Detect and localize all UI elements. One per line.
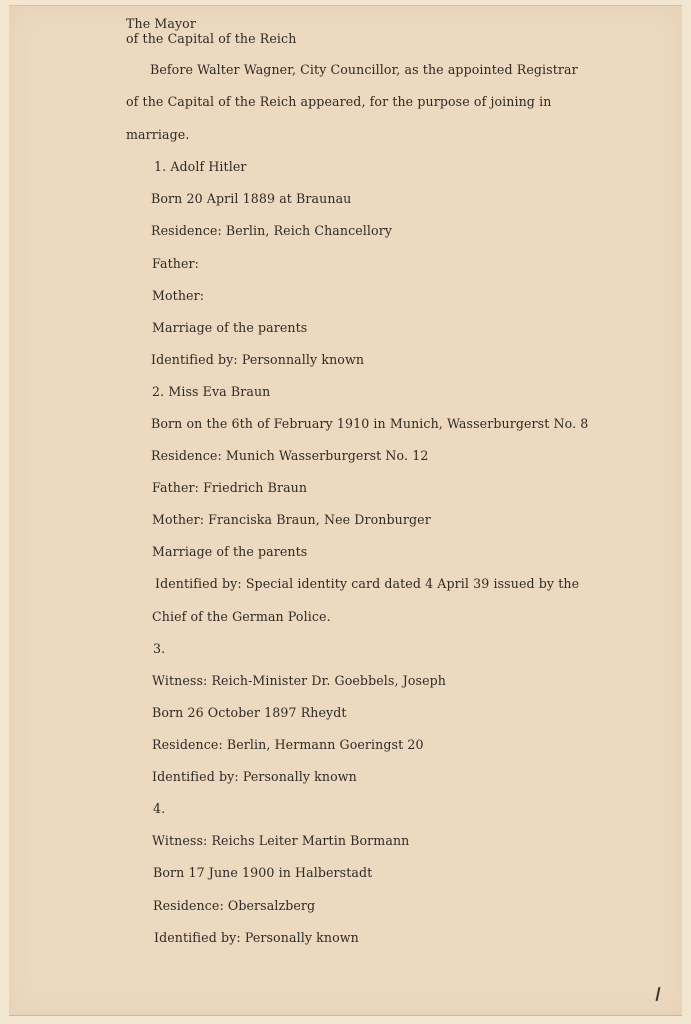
party2-identified-by-line-1: Identified by: Special identity card dat… — [155, 576, 579, 591]
party1-identified-by: Identified by: Personnally known — [151, 352, 364, 367]
header-line-2: of the Capital of the Reich — [126, 31, 296, 46]
party1-father: Father: — [152, 256, 199, 271]
witness1-born: Born 26 October 1897 Rheydt — [152, 705, 347, 720]
party2-heading: 2. Miss Eva Braun — [152, 384, 270, 399]
party2-residence: Residence: Munich Wasserburgerst No. 12 — [151, 448, 428, 463]
party2-father: Father: Friedrich Braun — [152, 480, 307, 495]
party1-born: Born 20 April 1889 at Braunau — [151, 191, 351, 206]
intro-line-3: marriage. — [126, 127, 189, 142]
witness2-identified-by: Identified by: Personally known — [154, 930, 359, 945]
witness1-number: 3. — [153, 641, 165, 656]
party1-heading: 1. Adolf Hitler — [154, 159, 247, 174]
witness2-name: Witness: Reichs Leiter Martin Bormann — [152, 833, 409, 848]
witness2-born: Born 17 June 1900 in Halberstadt — [153, 865, 372, 880]
party1-marriage-of-parents: Marriage of the parents — [152, 320, 307, 335]
witness1-name: Witness: Reich-Minister Dr. Goebbels, Jo… — [152, 673, 446, 688]
party2-mother: Mother: Franciska Braun, Nee Dronburger — [152, 512, 431, 527]
header-line-1: The Mayor — [126, 16, 196, 31]
intro-line-2: of the Capital of the Reich appeared, fo… — [126, 94, 551, 109]
witness1-identified-by: Identified by: Personally known — [152, 769, 357, 784]
party2-marriage-of-parents: Marriage of the parents — [152, 544, 307, 559]
intro-line-1: Before Walter Wagner, City Councillor, a… — [150, 62, 578, 77]
party1-mother: Mother: — [152, 288, 204, 303]
witness1-residence: Residence: Berlin, Hermann Goeringst 20 — [152, 737, 424, 752]
party1-residence: Residence: Berlin, Reich Chancellory — [151, 223, 392, 238]
witness2-residence: Residence: Obersalzberg — [153, 898, 315, 913]
party2-identified-by-line-2: Chief of the German Police. — [152, 609, 331, 624]
party2-born: Born on the 6th of February 1910 in Muni… — [151, 416, 588, 431]
witness2-number: 4. — [153, 801, 165, 816]
